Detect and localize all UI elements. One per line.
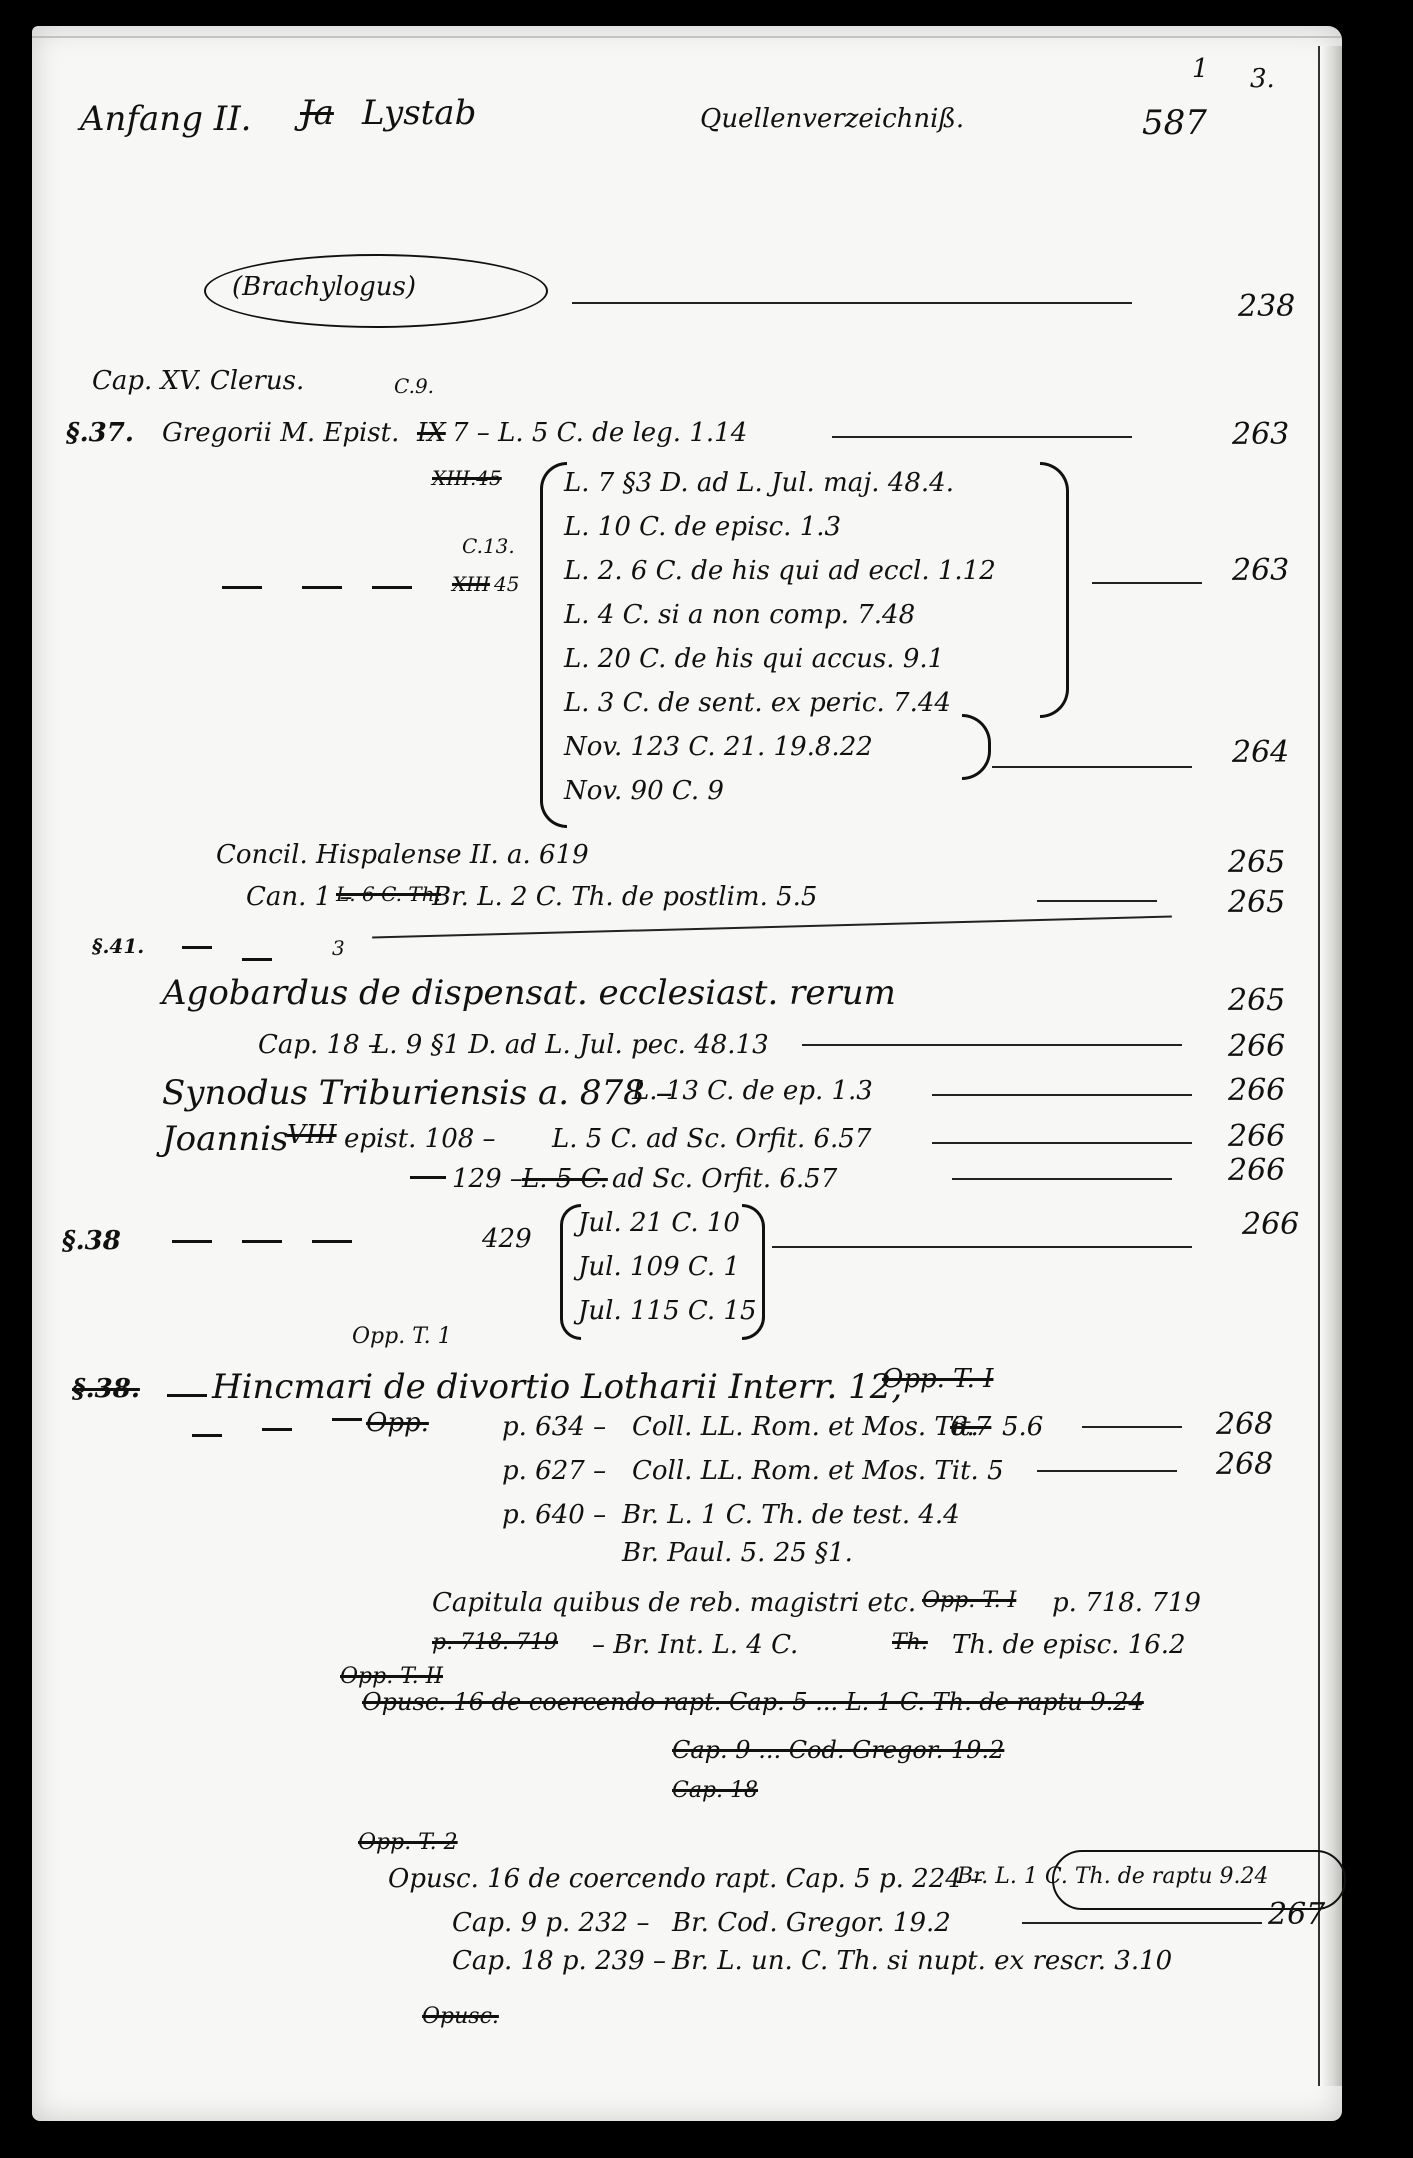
- page-ref: 266: [1228, 1076, 1285, 1106]
- struck-line: Opp. T. II: [340, 1666, 443, 1688]
- page-ref: 266: [1228, 1156, 1285, 1186]
- leader-line: [992, 766, 1192, 768]
- header-center-title: Quellenverzeichniß.: [700, 106, 964, 132]
- source-ref: Br. Cod. Gregor. 19.2: [672, 1910, 951, 1936]
- struck-ref: L. 5 C.: [522, 1166, 608, 1192]
- struck-ref: IX: [417, 420, 446, 446]
- source-title: Concil. Hispalense II. a. 619: [216, 842, 589, 868]
- dash: [410, 1176, 446, 1179]
- struck-ref: p. 718. 719: [432, 1632, 558, 1654]
- margin-section: §.41.: [92, 936, 144, 956]
- group-ref: Jul. 21 C. 10: [578, 1210, 740, 1236]
- header-struck-word: Ja: [300, 96, 334, 130]
- leader-line: [1037, 900, 1157, 902]
- group-ref: L. 4 C. si a non comp. 7.48: [564, 602, 915, 628]
- leader-line: [1037, 1470, 1177, 1472]
- page-ref: 266: [1242, 1210, 1299, 1240]
- struck-ref: XIII: [452, 574, 490, 594]
- margin-section: §.37.: [66, 420, 134, 446]
- page-ref: 238: [1238, 292, 1295, 322]
- struck-ref: 6.7: [950, 1414, 991, 1440]
- header-subtitle: Lystab: [362, 96, 476, 130]
- group-ref: L. 10 C. de episc. 1.3: [564, 514, 841, 540]
- struck-ref: Opp. T. I: [922, 1590, 1016, 1612]
- group-ref: Nov. 90 C. 9: [564, 778, 724, 804]
- struck-note: Opp. T. 2: [358, 1832, 458, 1854]
- struck-word: Opusc.: [422, 2006, 499, 2028]
- leader-line: [572, 302, 1132, 304]
- page-ref: 263: [1232, 556, 1289, 586]
- source-ref: – Br. Int. L. 4 C.: [592, 1632, 798, 1658]
- struck-line: Cap. 18: [672, 1780, 758, 1802]
- page-ref: 264: [1232, 738, 1289, 768]
- dash: [332, 1418, 362, 1421]
- dash: [262, 1428, 292, 1431]
- sub-ref: p. 640 –: [502, 1502, 606, 1528]
- struck-ref: Opp. T. I: [882, 1366, 993, 1392]
- sub-ref: p. 634 –: [502, 1414, 606, 1440]
- group-ref: L. 3 C. de sent. ex peric. 7.44: [564, 690, 951, 716]
- source-title: Gregorii M. Epist.: [162, 420, 399, 446]
- leader-line: [1022, 1922, 1262, 1924]
- leader-line: [372, 916, 1172, 939]
- page-ref: 266: [1228, 1122, 1285, 1152]
- source-ref: L. 9 §1 D. ad L. Jul. pec. 48.13: [372, 1032, 769, 1058]
- source-title: Opusc. 16 de coercendo rapt. Cap. 5 p. 2…: [388, 1866, 983, 1892]
- sub-ref: Cap. 18 –: [258, 1032, 381, 1058]
- struck-ref: L. 6 C. Th.: [336, 884, 441, 904]
- page-right-edge: [1318, 46, 1342, 2086]
- page-ref: 266: [1228, 1032, 1285, 1062]
- margin-note: Opp. T. 1: [352, 1326, 452, 1348]
- source-title: Joannis: [162, 1122, 289, 1156]
- source-title: Agobardus de dispensat. ecclesiast. reru…: [162, 976, 896, 1010]
- sub-ref: 429: [482, 1226, 532, 1252]
- leader-line: [1082, 1426, 1182, 1428]
- struck-word: VIII: [287, 1122, 337, 1148]
- leader-line: [802, 1044, 1182, 1046]
- chapter-heading: Cap. XV. Clerus.: [92, 368, 304, 394]
- source-ref: L. 5 C. ad Sc. Orfit. 6.57: [552, 1126, 871, 1152]
- header-left-title: Anfang II.: [80, 102, 251, 136]
- struck-line: Cap. 9 ... Cod. Gregor. 19.2: [672, 1738, 1004, 1762]
- page-ref: 265: [1228, 986, 1285, 1016]
- page-ref: 268: [1216, 1410, 1273, 1440]
- dash: [302, 586, 342, 589]
- leader-line: [832, 436, 1132, 438]
- group-ref: Jul. 115 C. 15: [578, 1298, 756, 1324]
- leader-line: [932, 1142, 1192, 1144]
- dash: [182, 946, 212, 949]
- group-ref: L. 7 §3 D. ad L. Jul. maj. 48.4.: [564, 470, 954, 496]
- entry-label: (Brachylogus): [232, 274, 416, 300]
- sub-ref: Cap. 9 p. 232 –: [452, 1910, 649, 1936]
- ref-note: C.9.: [394, 376, 434, 396]
- leader-line: [932, 1094, 1192, 1096]
- dash: [242, 958, 272, 961]
- group-ref: L. 2. 6 C. de his qui ad eccl. 1.12: [564, 558, 996, 584]
- group-ref: Jul. 109 C. 1: [578, 1254, 740, 1280]
- source-ref: Coll. LL. Rom. et Mos. Tit.: [632, 1414, 979, 1440]
- struck-ref: XIII.45: [432, 468, 502, 488]
- group-brace-right: [1040, 462, 1069, 718]
- dash: [167, 1394, 207, 1397]
- sub-ref: Cap. 18 p. 239 –: [452, 1948, 666, 1974]
- leader-line: [952, 1178, 1172, 1180]
- dash: [192, 1434, 222, 1437]
- struck-line: Opusc. 16 de coercendo rapt. Cap. 5 ... …: [362, 1690, 1144, 1714]
- sub-ref: 129 –: [452, 1166, 523, 1192]
- page-ref: 267: [1268, 1900, 1325, 1930]
- page-ref: 263: [1232, 420, 1289, 450]
- dash: [312, 1240, 352, 1243]
- struck-ref: Th.: [892, 1632, 928, 1654]
- group-ref: Br. Paul. 5. 25 §1.: [622, 1540, 853, 1566]
- source-ref: Br. L. 2 C. Th. de postlim. 5.5: [432, 884, 817, 910]
- source-ref: Br. L. un. C. Th. si nupt. ex rescr. 3.1…: [672, 1948, 1172, 1974]
- source-ref: L. 13 C. de ep. 1.3: [632, 1078, 873, 1104]
- tick-mark: 1: [1192, 56, 1209, 82]
- margin-section-struck: §.38.: [72, 1376, 140, 1402]
- source-title: Synodus Triburiensis a. 878 –: [162, 1076, 673, 1110]
- source-title: Hincmari de divortio Lotharii Interr. 12…: [212, 1370, 902, 1404]
- ref-number: 45: [494, 574, 519, 594]
- group-ref: Nov. 123 C. 21. 19.8.22: [564, 734, 873, 760]
- source-ref: Th. de episc. 16.2: [952, 1632, 1186, 1658]
- group-ref: Br. L. 1 C. Th. de test. 4.4: [622, 1502, 960, 1528]
- page-ref: 265: [1228, 888, 1285, 918]
- leader-line: [1092, 582, 1202, 584]
- margin-section: §.38: [62, 1228, 121, 1254]
- group-brace-left: [540, 462, 567, 828]
- ref-note: C.13.: [462, 536, 515, 556]
- source-ref: p. 718. 719: [1052, 1590, 1201, 1616]
- dash: [222, 586, 262, 589]
- folio-number: 587: [1142, 106, 1207, 140]
- corner-number: 3.: [1250, 66, 1275, 92]
- source-ref: ad Sc. Orfit. 6.57: [612, 1166, 837, 1192]
- page-ref: 268: [1216, 1450, 1273, 1480]
- group-brace-right-small: [962, 714, 991, 780]
- dash: [242, 1240, 282, 1243]
- source-title: Capitula quibus de reb. magistri etc.: [432, 1590, 916, 1616]
- source-ref: 7 – L. 5 C. de leg. 1.14: [452, 420, 747, 446]
- source-ref-end: 5.6: [1002, 1414, 1043, 1440]
- manuscript-page: Anfang II. Ja Lystab Quellenverzeichniß.…: [32, 26, 1342, 2121]
- source-title-cont: epist. 108 –: [344, 1126, 496, 1152]
- sub-ref: 3: [332, 938, 345, 958]
- page-ref: 265: [1228, 848, 1285, 878]
- sub-ref: p. 627 –: [502, 1458, 606, 1484]
- group-ref: L. 20 C. de his qui accus. 9.1: [564, 646, 944, 672]
- dash: [172, 1240, 212, 1243]
- dash: [372, 586, 412, 589]
- struck-ref: Opp.: [366, 1410, 429, 1436]
- page-top-edge: [32, 26, 1342, 38]
- leader-line: [772, 1246, 1192, 1248]
- source-ref: Coll. LL. Rom. et Mos. Tit. 5: [632, 1458, 1004, 1484]
